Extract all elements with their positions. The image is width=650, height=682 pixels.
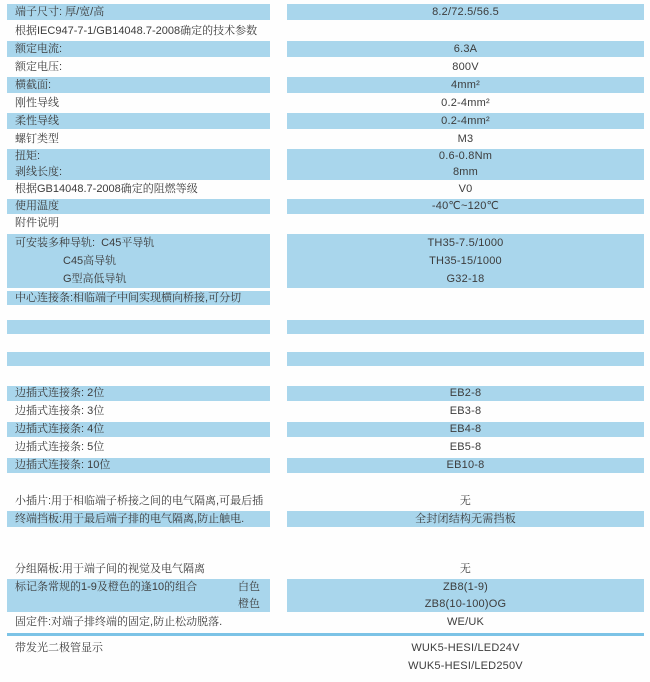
row-terminal-size: 端子尺寸: 厚/宽/高 8.2/72.5/56.5	[0, 4, 650, 20]
row-tech-params-header: 根据IEC947-7-1/GB14048.7-2008确定的技术参数	[0, 23, 650, 39]
row-value: EB3-8	[287, 404, 644, 419]
row-value: 6.3A	[287, 41, 644, 57]
row-value: ZB8(1-9)	[287, 579, 644, 596]
row-screw-type: 螺钉类型 M3	[0, 131, 650, 147]
row-sublabel: 橙色	[15, 596, 270, 613]
row-label: 固定件:对端子排终端的固定,防止松动脱落.	[7, 615, 270, 630]
row-value: ZB8(10-100)OG	[287, 596, 644, 613]
spec-table: 端子尺寸: 厚/宽/高 8.2/72.5/56.5 根据IEC947-7-1/G…	[0, 4, 650, 675]
row-label: 额定电流:	[7, 41, 270, 57]
row-value-group: TH35-7.5/1000TH35-15/1000G32-18	[287, 234, 644, 288]
row-label: 柔性导线	[7, 113, 270, 129]
row-label-strip	[7, 320, 270, 334]
row-label: G型高低导轨	[15, 270, 270, 288]
row-center-jumper: 中心连接条:相临端子中间实现横向桥接,可分切	[0, 291, 650, 305]
row-empty-strip-2	[0, 352, 650, 366]
row-value: 4mm²	[287, 77, 644, 93]
row-edge-jumper-10: 边插式连接条: 10位 EB10-8	[0, 458, 650, 473]
row-value: TH35-15/1000	[287, 252, 644, 270]
row-value: WUK5-HESI/LED250V	[287, 657, 644, 675]
row-edge-jumper-3: 边插式连接条: 3位 EB3-8	[0, 404, 650, 419]
row-operating-temp: 使用温度 -40℃~120℃	[0, 199, 650, 214]
row-label-group: 标记条常规的1-9及橙色的逢10的组合白色橙色	[7, 579, 270, 612]
row-group-partition: 分组隔板:用于端子间的视觉及电气隔离 无	[0, 562, 650, 577]
row-fixing-bracket: 固定件:对端子排终端的固定,防止松动脱落. WE/UK	[0, 615, 650, 630]
row-value: 0.2-4mm²	[287, 95, 644, 111]
row-end-plate: 终端挡板:用于最后端子排的电气隔离,防止触电. 全封闭结构无需挡板	[0, 511, 650, 527]
row-label: 额定电压:	[7, 59, 270, 75]
row-label-group: 扭矩:剥线长度:	[7, 149, 270, 180]
row-label: 端子尺寸: 厚/宽/高	[7, 4, 270, 20]
row-mounting-rails: 可安装多种导轨: C45平导轨C45高导轨G型高低导轨 TH35-7.5/100…	[0, 234, 650, 288]
row-value: EB2-8	[287, 386, 644, 401]
row-value-group: ZB8(1-9)ZB8(10-100)OG	[287, 579, 644, 612]
row-value: WE/UK	[287, 615, 644, 630]
row-label: 横截面:	[7, 77, 270, 93]
row-value: G32-18	[287, 270, 644, 288]
row-label: 标记条常规的1-9及橙色的逢10的组合白色	[15, 579, 270, 596]
row-sublabel: 白色	[238, 579, 270, 596]
row-label: 边插式连接条: 2位	[7, 386, 270, 401]
row-label: 边插式连接条: 3位	[7, 404, 270, 419]
row-label: 带发光二极管显示	[15, 639, 270, 657]
row-value: EB4-8	[287, 422, 644, 437]
row-edge-jumper-4: 边插式连接条: 4位 EB4-8	[0, 422, 650, 437]
row-value: TH35-7.5/1000	[287, 234, 644, 252]
row-edge-jumper-5: 边插式连接条: 5位 EB5-8	[0, 440, 650, 455]
row-label: C45高导轨	[15, 252, 270, 270]
row-label: 可安装多种导轨: C45平导轨	[15, 234, 270, 252]
row-value: 全封闭结构无需挡板	[287, 511, 644, 527]
row-value: 8.2/72.5/56.5	[287, 4, 644, 20]
row-label-group: 带发光二极管显示	[7, 639, 270, 675]
row-separator-plate: 小插片:用于相临端子桥接之间的电气隔离,可最后插入 无	[0, 494, 650, 509]
row-value: -40℃~120℃	[287, 199, 644, 214]
row-value: 0.6-0.8Nm	[287, 149, 644, 165]
row-value: WUK5-HESI/LED24V	[287, 639, 644, 657]
row-empty-strip-1	[0, 320, 650, 334]
row-label: 根据GB14048.7-2008确定的阻燃等级	[7, 182, 270, 197]
row-label: 中心连接条:相临端子中间实现横向桥接,可分切	[7, 291, 270, 305]
row-value: M3	[287, 131, 644, 147]
row-rated-voltage: 额定电压: 800V	[0, 59, 650, 75]
row-label-main: 标记条常规的1-9及橙色的逢10的组合	[15, 579, 197, 596]
row-label: 螺钉类型	[7, 131, 270, 147]
row-edge-jumper-2: 边插式连接条: 2位 EB2-8	[0, 386, 650, 401]
row-cross-section: 横截面: 4mm²	[0, 77, 650, 93]
row-label: 小插片:用于相临端子桥接之间的电气隔离,可最后插入	[7, 494, 270, 509]
row-accessories-header: 附件说明	[0, 216, 650, 231]
row-label: 边插式连接条: 4位	[7, 422, 270, 437]
row-flexible-wire: 柔性导线 0.2-4mm²	[0, 113, 650, 129]
row-led-display: 带发光二极管显示 WUK5-HESI/LED24VWUK5-HESI/LED25…	[0, 639, 650, 675]
row-label: 使用温度	[7, 199, 270, 214]
row-rigid-wire: 刚性导线 0.2-4mm²	[0, 95, 650, 111]
row-label: 刚性导线	[7, 95, 270, 111]
row-torque-strip-length: 扭矩:剥线长度: 0.6-0.8Nm8mm	[0, 149, 650, 180]
row-flame-rating: 根据GB14048.7-2008确定的阻燃等级 V0	[0, 182, 650, 197]
row-value: V0	[287, 182, 644, 197]
row-label: 边插式连接条: 5位	[7, 440, 270, 455]
row-label-strip	[7, 352, 270, 366]
row-label: 剥线长度:	[15, 165, 270, 181]
row-value: EB10-8	[287, 458, 644, 473]
row-value-strip	[287, 352, 644, 366]
row-value: 0.2-4mm²	[287, 113, 644, 129]
row-marker-strips: 标记条常规的1-9及橙色的逢10的组合白色橙色 ZB8(1-9)ZB8(10-1…	[0, 579, 650, 612]
row-label: 分组隔板:用于端子间的视觉及电气隔离	[7, 562, 270, 577]
row-value: EB5-8	[287, 440, 644, 455]
row-label: 附件说明	[7, 216, 270, 231]
row-value: 800V	[287, 59, 644, 75]
row-value-strip	[287, 320, 644, 334]
row-value: 无	[287, 494, 644, 509]
row-label: 根据IEC947-7-1/GB14048.7-2008确定的技术参数	[7, 23, 270, 39]
row-value: 无	[287, 562, 644, 577]
row-label: 扭矩:	[15, 149, 270, 165]
row-label-group: 可安装多种导轨: C45平导轨C45高导轨G型高低导轨	[7, 234, 270, 288]
row-value-group: WUK5-HESI/LED24VWUK5-HESI/LED250V	[287, 639, 644, 675]
row-value: 8mm	[287, 165, 644, 181]
row-label: 终端挡板:用于最后端子排的电气隔离,防止触电.	[7, 511, 270, 527]
row-label: 边插式连接条: 10位	[7, 458, 270, 473]
section-divider	[7, 633, 644, 636]
row-rated-current: 额定电流: 6.3A	[0, 41, 650, 57]
row-value-group: 0.6-0.8Nm8mm	[287, 149, 644, 180]
